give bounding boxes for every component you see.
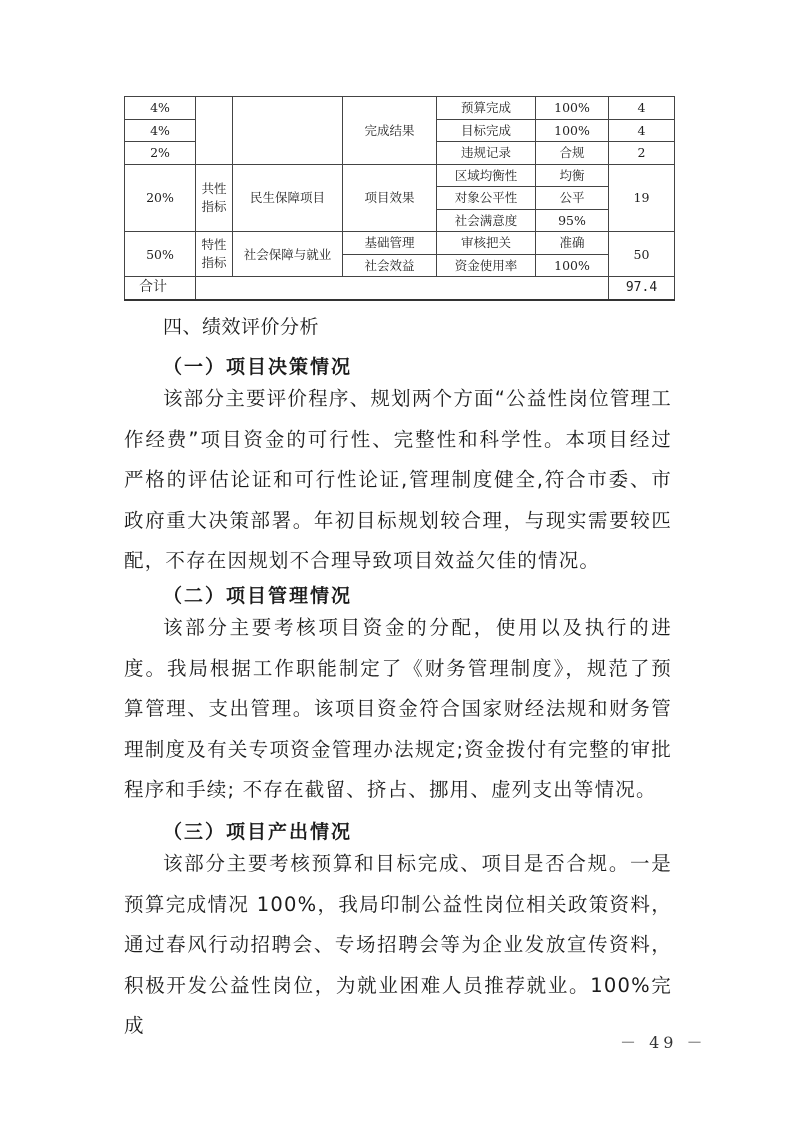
indicator-type-cell bbox=[196, 97, 233, 165]
metric-cell: 预算完成 bbox=[437, 97, 536, 120]
result-cell: 公平 bbox=[536, 187, 609, 210]
paragraph-management: 该部分主要考核项目资金的分配，使用以及执行的进度。我局根据工作职能制定了《财务管… bbox=[124, 608, 672, 811]
paragraph-output: 该部分主要考核预算和目标完成、项目是否合规。一是预算完成情况 100%，我局印制… bbox=[124, 844, 672, 1047]
result-cell: 准确 bbox=[536, 232, 609, 255]
result-cell: 100% bbox=[536, 254, 609, 277]
weight-cell: 20% bbox=[125, 164, 196, 232]
total-score: 97.4 bbox=[609, 277, 675, 300]
subsection-heading-decision: （一）项目决策情况 bbox=[163, 352, 352, 379]
level2-cell: 完成结果 bbox=[343, 97, 437, 165]
metric-cell: 违规记录 bbox=[437, 142, 536, 165]
document-page: 4% 完成结果 预算完成 100% 4 4% 目标完成 100% 4 2% 违规… bbox=[0, 0, 793, 1122]
total-label: 合计 bbox=[125, 277, 196, 300]
score-cell: 50 bbox=[609, 232, 675, 277]
metric-cell: 区域均衡性 bbox=[437, 164, 536, 187]
subsection-heading-output: （三）项目产出情况 bbox=[163, 817, 352, 844]
section-title: 四、绩效评价分析 bbox=[163, 312, 319, 339]
level2-cell: 社会效益 bbox=[343, 254, 437, 277]
metric-cell: 目标完成 bbox=[437, 119, 536, 142]
metric-cell: 对象公平性 bbox=[437, 187, 536, 210]
level2-cell: 基础管理 bbox=[343, 232, 437, 255]
result-cell: 100% bbox=[536, 97, 609, 120]
level1-cell bbox=[233, 97, 343, 165]
score-cell: 4 bbox=[609, 119, 675, 142]
result-cell: 均衡 bbox=[536, 164, 609, 187]
metric-cell: 社会满意度 bbox=[437, 209, 536, 232]
indicator-type-cell: 共性指标 bbox=[196, 164, 233, 232]
result-cell: 100% bbox=[536, 119, 609, 142]
table-row: 20% 共性指标 民生保障项目 项目效果 区域均衡性 均衡 19 bbox=[125, 164, 675, 187]
score-cell: 19 bbox=[609, 164, 675, 232]
performance-score-table: 4% 完成结果 预算完成 100% 4 4% 目标完成 100% 4 2% 违规… bbox=[124, 96, 675, 301]
paragraph-decision: 该部分主要评价程序、规划两个方面“公益性岗位管理工作经费”项目资金的可行性、完整… bbox=[124, 379, 672, 582]
indicator-type-cell: 特性指标 bbox=[196, 232, 233, 277]
total-empty-cell bbox=[196, 277, 609, 300]
total-row: 合计 97.4 bbox=[125, 277, 675, 300]
weight-cell: 50% bbox=[125, 232, 196, 277]
table-row: 4% 完成结果 预算完成 100% 4 bbox=[125, 97, 675, 120]
level1-cell: 社会保障与就业 bbox=[233, 232, 343, 277]
score-cell: 4 bbox=[609, 97, 675, 120]
result-cell: 95% bbox=[536, 209, 609, 232]
result-cell: 合规 bbox=[536, 142, 609, 165]
page-number: － 49 － bbox=[620, 1030, 707, 1053]
weight-cell: 2% bbox=[125, 142, 196, 165]
subsection-heading-management: （二）项目管理情况 bbox=[163, 581, 352, 608]
metric-cell: 资金使用率 bbox=[437, 254, 536, 277]
level2-cell: 项目效果 bbox=[343, 164, 437, 232]
level1-cell: 民生保障项目 bbox=[233, 164, 343, 232]
score-cell: 2 bbox=[609, 142, 675, 165]
weight-cell: 4% bbox=[125, 97, 196, 120]
weight-cell: 4% bbox=[125, 119, 196, 142]
metric-cell: 审核把关 bbox=[437, 232, 536, 255]
table-row: 50% 特性指标 社会保障与就业 基础管理 审核把关 准确 50 bbox=[125, 232, 675, 255]
